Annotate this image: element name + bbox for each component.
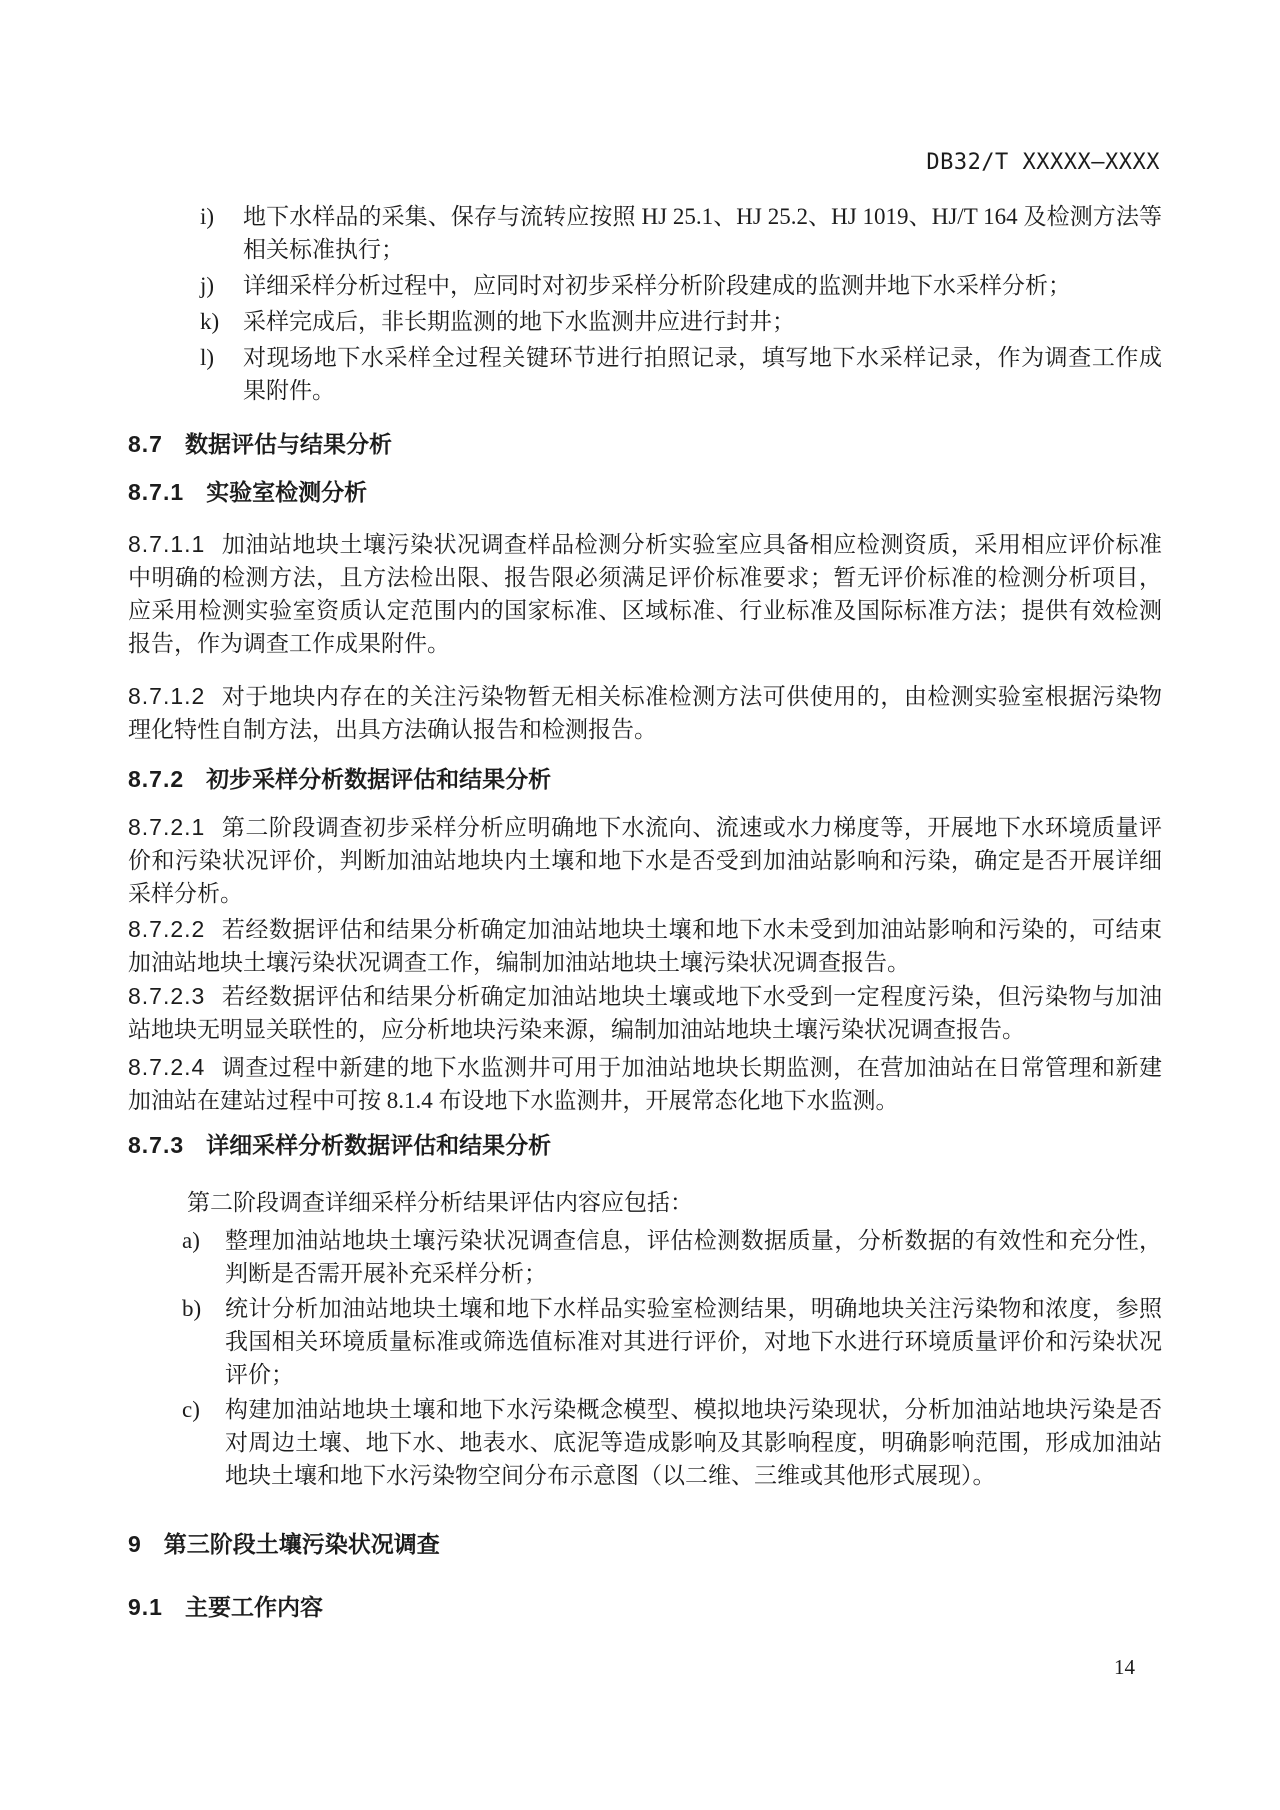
- clause-text: 若经数据评估和结果分析确定加油站地块土壤和地下水未受到加油站影响和污染的，可结束…: [128, 917, 1162, 975]
- heading-9: 9第三阶段土壤污染状况调查: [128, 1528, 1162, 1561]
- heading-8-7-1: 8.7.1实验室检测分析: [128, 476, 1162, 509]
- list-item: i) 地下水样品的采集、保存与流转应按照 HJ 25.1、HJ 25.2、HJ …: [128, 200, 1162, 266]
- list-item-text: 对现场地下水采样全过程关键环节进行拍照记录，填写地下水采样记录，作为调查工作成果…: [243, 341, 1162, 407]
- heading-9-1: 9.1主要工作内容: [128, 1591, 1162, 1624]
- heading-number: 8.7: [128, 431, 163, 457]
- page-body: i) 地下水样品的采集、保存与流转应按照 HJ 25.1、HJ 25.2、HJ …: [128, 200, 1162, 1624]
- clause-number: 8.7.2.3: [128, 983, 205, 1009]
- clause-text: 若经数据评估和结果分析确定加油站地块土壤或地下水受到一定程度污染，但污染物与加油…: [128, 984, 1162, 1042]
- page-number: 14: [1114, 1655, 1135, 1680]
- heading-title: 详细采样分析数据评估和结果分析: [206, 1132, 551, 1158]
- heading-number: 9.1: [128, 1594, 163, 1620]
- heading-8-7-3: 8.7.3详细采样分析数据评估和结果分析: [128, 1129, 1162, 1162]
- clause-number: 8.7.1.1: [128, 531, 205, 557]
- list-item-text: 地下水样品的采集、保存与流转应按照 HJ 25.1、HJ 25.2、HJ 101…: [243, 200, 1162, 266]
- groundwater-sampling-list: i) 地下水样品的采集、保存与流转应按照 HJ 25.1、HJ 25.2、HJ …: [128, 200, 1162, 407]
- heading-number: 8.7.3: [128, 1132, 184, 1158]
- clause-text: 第二阶段调查初步采样分析应明确地下水流向、流速或水力梯度等，开展地下水环境质量评…: [128, 815, 1162, 906]
- heading-title: 第三阶段土壤污染状况调查: [164, 1531, 440, 1557]
- heading-title: 初步采样分析数据评估和结果分析: [206, 766, 551, 792]
- list-item-label: k): [200, 305, 243, 338]
- list-item-label: l): [200, 341, 243, 374]
- list-item-text: 采样完成后，非长期监测的地下水监测井应进行封井；: [243, 305, 1162, 338]
- clause-8-7-2-4: 8.7.2.4调查过程中新建的地下水监测井可用于加油站地块长期监测，在营加油站在…: [128, 1051, 1162, 1117]
- list-item: a) 整理加油站地块土壤污染状况调查信息，评估检测数据质量，分析数据的有效性和充…: [128, 1224, 1162, 1290]
- clause-text: 加油站地块土壤污染状况调查样品检测分析实验室应具备相应检测资质，采用相应评价标准…: [128, 532, 1162, 656]
- list-item-text: 详细采样分析过程中，应同时对初步采样分析阶段建成的监测井地下水采样分析；: [243, 269, 1162, 302]
- clause-text: 调查过程中新建的地下水监测井可用于加油站地块长期监测，在营加油站在日常管理和新建…: [128, 1055, 1162, 1113]
- heading-title: 实验室检测分析: [206, 479, 367, 505]
- clause-text: 对于地块内存在的关注污染物暂无相关标准检测方法可供使用的，由检测实验室根据污染物…: [128, 684, 1162, 742]
- evaluation-content-list: a) 整理加油站地块土壤污染状况调查信息，评估检测数据质量，分析数据的有效性和充…: [128, 1224, 1162, 1492]
- clause-8-7-2-2: 8.7.2.2若经数据评估和结果分析确定加油站地块土壤和地下水未受到加油站影响和…: [128, 913, 1162, 979]
- list-item-text: 整理加油站地块土壤污染状况调查信息，评估检测数据质量，分析数据的有效性和充分性，…: [225, 1224, 1162, 1290]
- list-item-label: c): [182, 1393, 225, 1426]
- list-item-label: i): [200, 200, 243, 233]
- heading-number: 8.7.2: [128, 766, 184, 792]
- list-item-text: 统计分析加油站地块土壤和地下水样品实验室检测结果，明确地块关注污染物和浓度，参照…: [225, 1292, 1162, 1391]
- list-item: k) 采样完成后，非长期监测的地下水监测井应进行封井；: [128, 305, 1162, 338]
- heading-8-7-2: 8.7.2初步采样分析数据评估和结果分析: [128, 763, 1162, 796]
- list-item-label: a): [182, 1224, 225, 1257]
- clause-8-7-2-1: 8.7.2.1第二阶段调查初步采样分析应明确地下水流向、流速或水力梯度等，开展地…: [128, 811, 1162, 910]
- list-item-label: b): [182, 1292, 225, 1325]
- heading-number: 8.7.1: [128, 479, 184, 505]
- clause-8-7-2-3: 8.7.2.3若经数据评估和结果分析确定加油站地块土壤或地下水受到一定程度污染，…: [128, 980, 1162, 1046]
- clause-number: 8.7.2.2: [128, 916, 205, 942]
- header-doc-code: DB32/T XXXXX—XXXX: [926, 150, 1160, 175]
- heading-number: 9: [128, 1531, 142, 1557]
- document-page: DB32/T XXXXX—XXXX i) 地下水样品的采集、保存与流转应按照 H…: [0, 0, 1280, 1810]
- list-item-label: j): [200, 269, 243, 302]
- clause-number: 8.7.2.4: [128, 1054, 205, 1080]
- list-item: j) 详细采样分析过程中，应同时对初步采样分析阶段建成的监测井地下水采样分析；: [128, 269, 1162, 302]
- heading-title: 数据评估与结果分析: [185, 431, 392, 457]
- clause-number: 8.7.2.1: [128, 814, 205, 840]
- list-item: c) 构建加油站地块土壤和地下水污染概念模型、模拟地块污染现状，分析加油站地块污…: [128, 1393, 1162, 1492]
- list-item: l) 对现场地下水采样全过程关键环节进行拍照记录，填写地下水采样记录，作为调查工…: [128, 341, 1162, 407]
- clause-number: 8.7.1.2: [128, 683, 205, 709]
- list-item: b) 统计分析加油站地块土壤和地下水样品实验室检测结果，明确地块关注污染物和浓度…: [128, 1292, 1162, 1391]
- intro-8-7-3: 第二阶段调查详细采样分析结果评估内容应包括：: [128, 1186, 1162, 1219]
- heading-title: 主要工作内容: [185, 1594, 323, 1620]
- list-item-text: 构建加油站地块土壤和地下水污染概念模型、模拟地块污染现状，分析加油站地块污染是否…: [225, 1393, 1162, 1492]
- clause-8-7-1-1: 8.7.1.1加油站地块土壤污染状况调查样品检测分析实验室应具备相应检测资质，采…: [128, 528, 1162, 660]
- heading-8-7: 8.7数据评估与结果分析: [128, 428, 1162, 461]
- clause-8-7-1-2: 8.7.1.2对于地块内存在的关注污染物暂无相关标准检测方法可供使用的，由检测实…: [128, 680, 1162, 746]
